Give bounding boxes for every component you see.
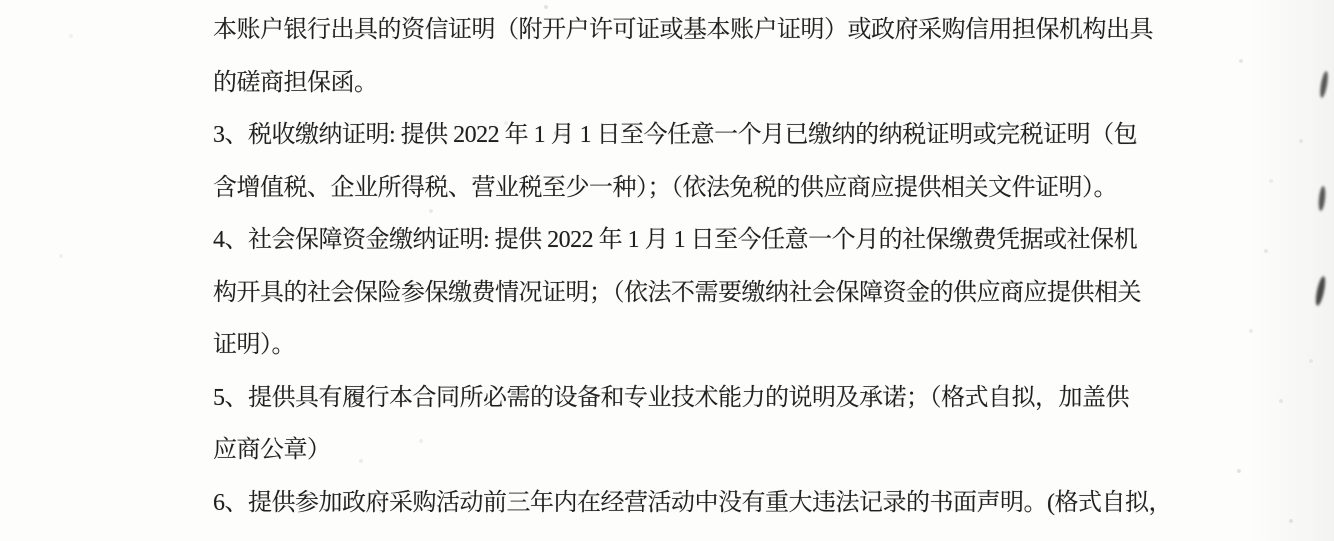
document-line: 6、提供参加政府采购活动前三年内在经营活动中没有重大违法记录的书面声明。(格式自… — [213, 477, 1173, 530]
document-line: 的磋商担保函。 — [213, 57, 1173, 110]
document-line: 含增值税、企业所得税、营业税至少一种）；（依法免税的供应商应提供相关文件证明）。 — [213, 162, 1173, 215]
document-line: 3、税收缴纳证明: 提供 2022 年 1 月 1 日至今任意一个月已缴纳的纳税… — [213, 109, 1173, 162]
document-line: 5、提供具有履行本合同所必需的设备和专业技术能力的说明及承诺；（格式自拟，加盖供 — [213, 372, 1173, 425]
document-line: 应商公章） — [213, 424, 1173, 477]
scan-noise-specks — [0, 0, 2, 2]
document-line: 本账户银行出具的资信证明（附开户许可证或基本账户证明）或政府采购信用担保机构出具 — [213, 4, 1173, 57]
document-line: 证明）。 — [213, 319, 1173, 372]
scanned-document-page: 本账户银行出具的资信证明（附开户许可证或基本账户证明）或政府采购信用担保机构出具… — [0, 0, 1334, 541]
document-line: 4、社会保障资金缴纳证明: 提供 2022 年 1 月 1 日至今任意一个月的社… — [213, 214, 1173, 267]
document-line: 构开具的社会保险参保缴费情况证明；（依法不需要缴纳社会保障资金的供应商应提供相关 — [213, 267, 1173, 320]
document-text-block: 本账户银行出具的资信证明（附开户许可证或基本账户证明）或政府采购信用担保机构出具… — [213, 4, 1173, 529]
